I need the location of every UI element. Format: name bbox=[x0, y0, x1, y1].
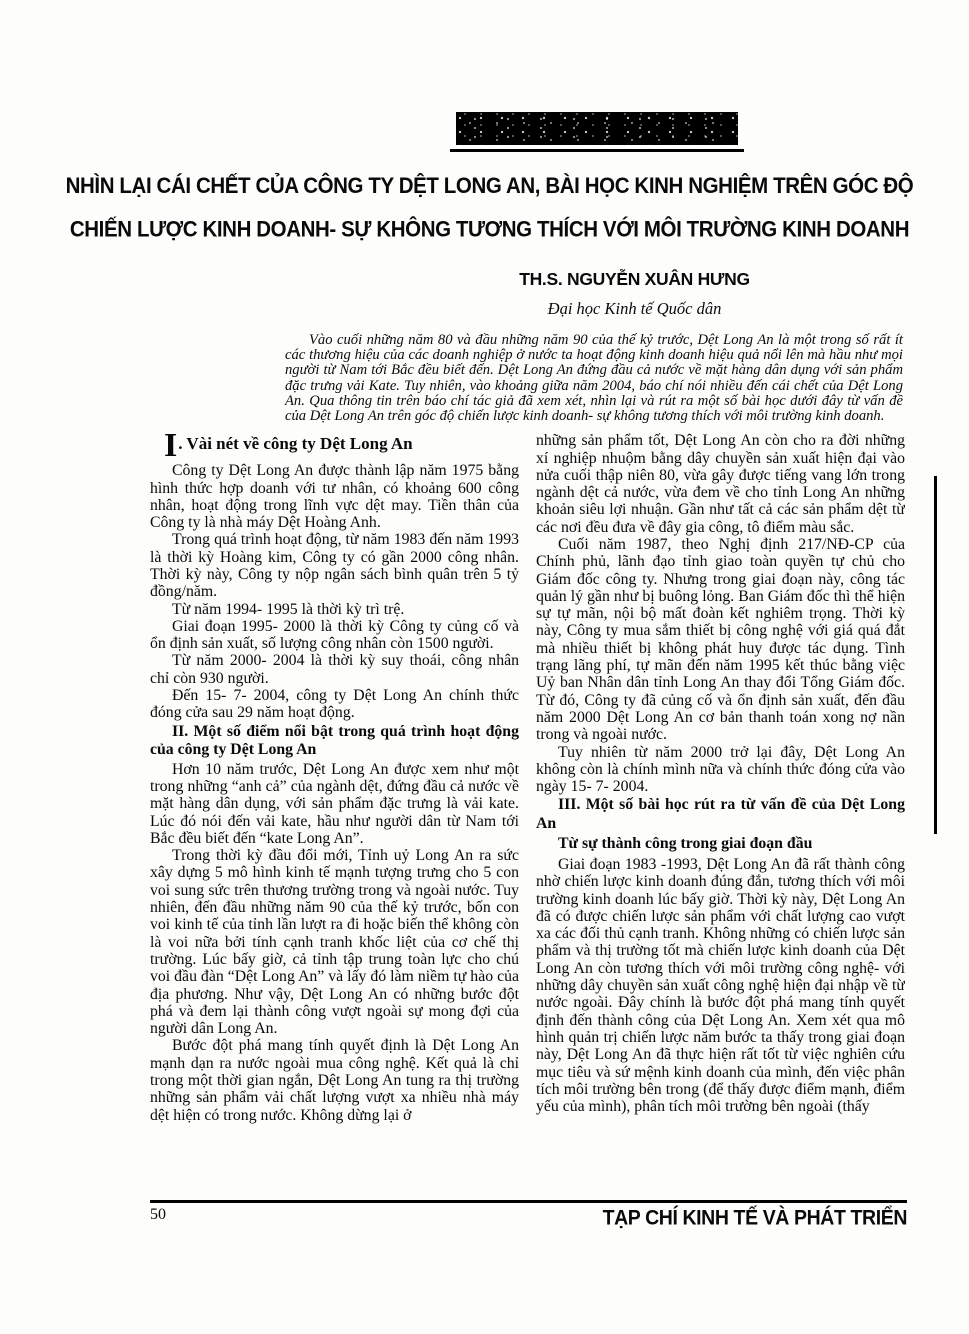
paragraph: Bước đột phá mang tính quyết định là Dệt… bbox=[150, 1037, 519, 1123]
section-1-numeral: I bbox=[164, 432, 178, 464]
page-footer: 50 TẠP CHÍ KINH TẾ VÀ PHÁT TRIỂN bbox=[150, 1200, 907, 1229]
right-column: những sản phẩm tốt, Dệt Long An còn cho … bbox=[536, 432, 905, 1192]
left-column: I. Vài nét về công ty Dệt Long An Công t… bbox=[150, 432, 519, 1192]
journal-title: TẠP CHÍ KINH TẾ VÀ PHÁT TRIỂN bbox=[603, 1206, 907, 1231]
paragraph: Đến 15- 7- 2004, công ty Dệt Long An chí… bbox=[150, 687, 519, 722]
scan-artifact-line bbox=[934, 476, 937, 834]
section-3-heading: III. Một số bài học rút ra từ vấn đề của… bbox=[536, 796, 905, 833]
paragraph: Giai đoạn 1983 -1993, Dệt Long An đã rất… bbox=[536, 856, 905, 1115]
author-name: TH.S. NGUYỄN XUÂN HƯNG bbox=[300, 269, 969, 290]
article-title-line2: CHIẾN LƯỢC KINH DOANH- SỰ KHÔNG TƯƠNG TH… bbox=[70, 217, 909, 241]
paragraph: Trong quá trình hoạt động, từ năm 1983 đ… bbox=[150, 531, 519, 600]
abstract: Vào cuối những năm 80 và đầu những năm 9… bbox=[285, 333, 903, 424]
section-1-heading: I. Vài nét về công ty Dệt Long An bbox=[150, 434, 519, 454]
paragraph: Công ty Dệt Long An được thành lập năm 1… bbox=[150, 462, 519, 531]
paragraph: Giai đoạn 1995- 2000 là thời kỳ Công ty … bbox=[150, 618, 519, 653]
article-title: NHÌN LẠI CÁI CHẾT CỦA CÔNG TY DỆT LONG A… bbox=[0, 0, 969, 251]
paragraph: Hơn 10 năm trước, Dệt Long An được xem n… bbox=[150, 761, 519, 847]
byline: TH.S. NGUYỄN XUÂN HƯNG Đại học Kinh tế Q… bbox=[0, 269, 969, 319]
paragraph: Từ năm 1994- 1995 là thời kỳ trì trệ. bbox=[150, 601, 519, 618]
section-2-heading: II. Một số điểm nổi bật trong quá trình … bbox=[150, 723, 519, 760]
document-page: NHÌN LẠI CÁI CHẾT CỦA CÔNG TY DỆT LONG A… bbox=[0, 0, 969, 1334]
page-number: 50 bbox=[150, 1206, 166, 1224]
section-1-heading-text: . Vài nét về công ty Dệt Long An bbox=[178, 434, 412, 453]
paragraph: Trong thời kỳ đầu đổi mới, Tỉnh uỷ Long … bbox=[150, 847, 519, 1037]
author-affiliation: Đại học Kinh tế Quốc dân bbox=[300, 299, 969, 319]
article-title-line1: NHÌN LẠI CÁI CHẾT CỦA CÔNG TY DỆT LONG A… bbox=[66, 174, 914, 198]
article-body: I. Vài nét về công ty Dệt Long An Công t… bbox=[150, 432, 905, 1192]
paragraph: Từ năm 2000- 2004 là thời kỳ suy thoái, … bbox=[150, 652, 519, 687]
paragraph: Tuy nhiên từ năm 2000 trở lại đây, Dệt L… bbox=[536, 744, 905, 796]
paragraph: Cuối năm 1987, theo Nghị định 217/NĐ-CP … bbox=[536, 536, 905, 744]
section-3-subheading: Từ sự thành công trong giai đoạn đầu bbox=[536, 835, 905, 854]
paragraph: những sản phẩm tốt, Dệt Long An còn cho … bbox=[536, 432, 905, 536]
